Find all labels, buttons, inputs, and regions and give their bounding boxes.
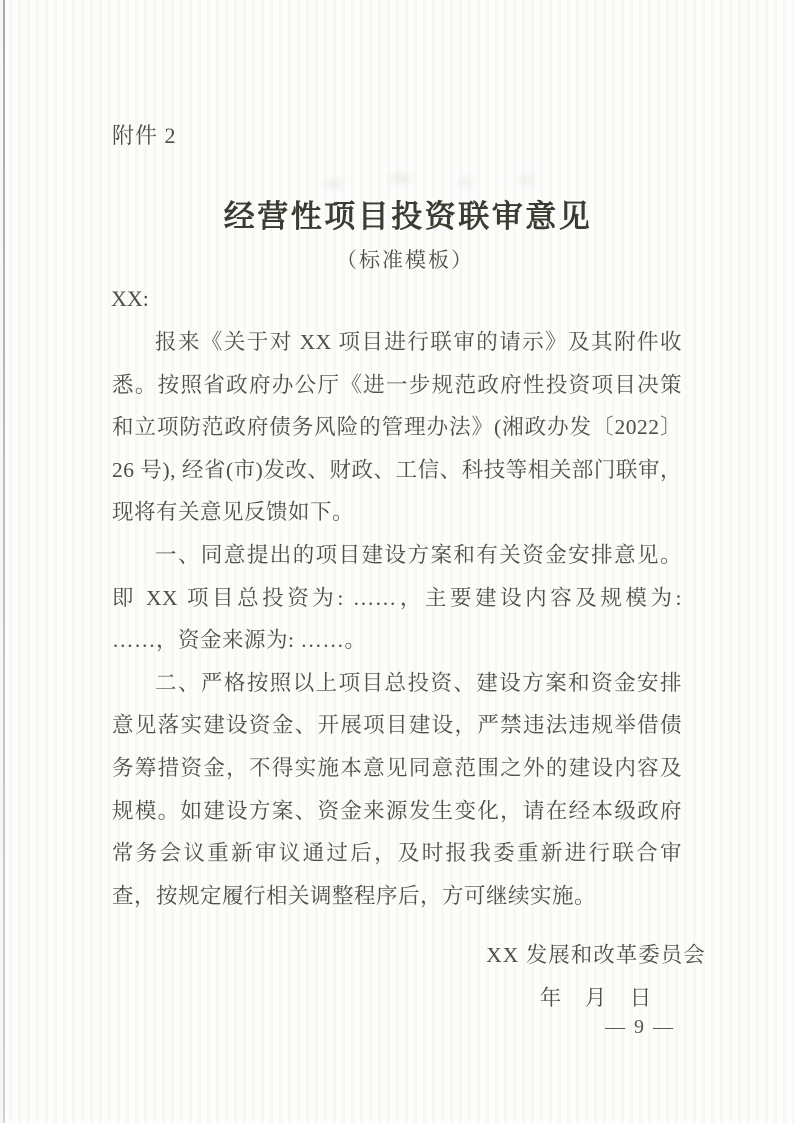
- signature-org: XX 发展和改革委员会: [484, 934, 708, 977]
- salutation: XX:: [111, 286, 149, 312]
- document-page: 附件 2 经营性项目投资联审意见 （标准模板） XX: 报来《关于对 XX 项目…: [0, 0, 794, 1123]
- paragraph-intro: 报来《关于对 XX 项目进行联审的请示》及其附件收悉。按照省政府办公厅《进一步规…: [112, 321, 682, 534]
- signature-date: 年 月 日: [484, 977, 708, 1020]
- scan-edge-artifact: [3, 0, 5, 1123]
- attachment-label: 附件 2: [112, 119, 177, 150]
- page-number: — 9 —: [598, 1016, 682, 1039]
- paragraph-item-1: 一、同意提出的项目建设方案和有关资金安排意见。即 XX 项目总投资为: ……，主…: [112, 534, 682, 662]
- signature-block: XX 发展和改革委员会 年 月 日: [484, 934, 708, 1020]
- document-title: 经营性项目投资联审意见: [11, 191, 794, 236]
- document-subtitle: （标准模板）: [8, 244, 794, 274]
- document-body: 报来《关于对 XX 项目进行联审的请示》及其附件收悉。按照省政府办公厅《进一步规…: [112, 321, 682, 917]
- paragraph-item-2: 二、严格按照以上项目总投资、建设方案和资金安排意见落实建设资金、开展项目建设，严…: [112, 662, 682, 918]
